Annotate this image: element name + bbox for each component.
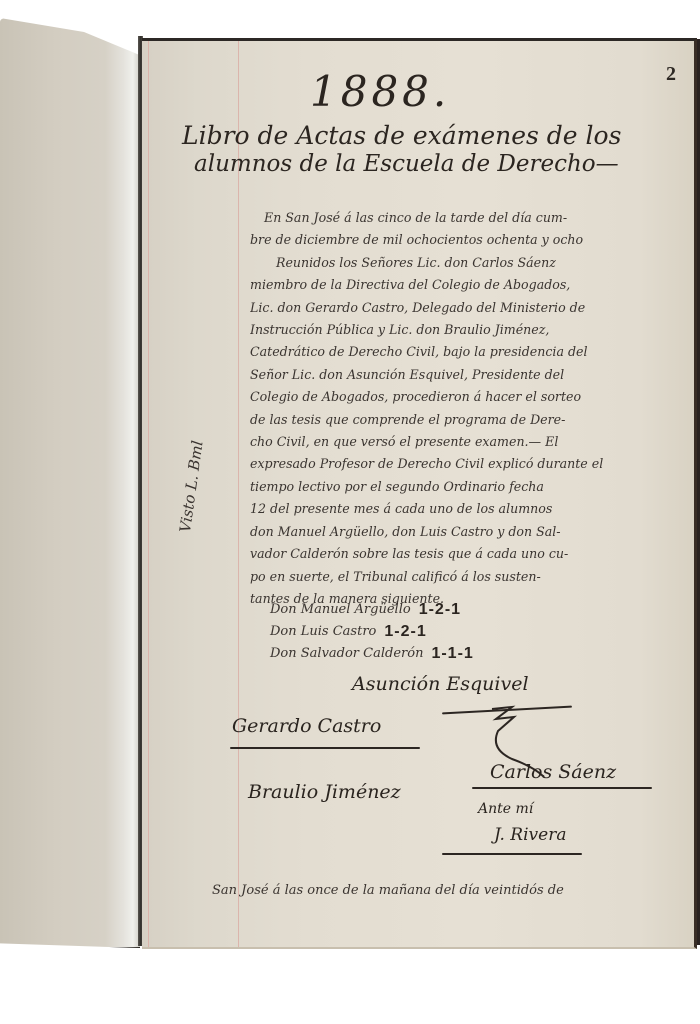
student-score: 1-1-1 — [431, 643, 473, 665]
signature-underline — [472, 787, 652, 789]
body-line: Colegio de Abogados, procedieron á hacer… — [250, 386, 690, 408]
body-line: tiempo lectivo por el segundo Ordinario … — [250, 476, 690, 498]
left-blank-page — [0, 18, 140, 948]
student-score: 1-2-1 — [419, 599, 461, 621]
notary-label: Ante mí — [478, 801, 533, 817]
grade-row: Don Luis Castro 1-2-1 — [270, 621, 474, 643]
grade-row: Don Salvador Calderón 1-1-1 — [270, 643, 474, 665]
open-ledger-book: 2 1888. Libro de Actas de exámenes de lo… — [0, 0, 700, 1024]
student-name: Don Manuel Argüello — [270, 599, 411, 621]
body-line: Reunidos los Señores Lic. don Carlos Sáe… — [250, 252, 690, 274]
signature-carlos-saenz: Carlos Sáenz — [490, 761, 616, 783]
page-number: 2 — [666, 63, 676, 86]
body-line: Instrucción Pública y Lic. don Braulio J… — [250, 319, 690, 341]
student-name: Don Luis Castro — [270, 621, 376, 643]
signature-braulio-jimenez: Braulio Jiménez — [248, 781, 401, 803]
body-line: don Manuel Argüello, don Luis Castro y d… — [250, 521, 690, 543]
body-line: 12 del presente mes á cada uno de los al… — [250, 498, 690, 520]
body-line: cho Civil, en que versó el presente exam… — [250, 431, 690, 453]
document-year: 1888. — [310, 67, 450, 116]
body-line: vador Calderón sobre las tesis que á cad… — [250, 543, 690, 565]
body-line: miembro de la Directiva del Colegio de A… — [250, 274, 690, 296]
signature-underline — [442, 853, 582, 855]
grade-row: Don Manuel Argüello 1-2-1 — [270, 599, 474, 621]
margin-rule-outer — [148, 41, 149, 947]
grades-list: Don Manuel Argüello 1-2-1 Don Luis Castr… — [270, 599, 474, 665]
body-line: Señor Lic. don Asunción Esquivel, Presid… — [250, 364, 690, 386]
student-score: 1-2-1 — [384, 621, 426, 643]
signature-underline — [230, 747, 420, 749]
document-title-line-1: Libro de Actas de exámenes de los — [182, 121, 621, 150]
minutes-body: En San José á las cinco de la tarde del … — [250, 207, 690, 610]
right-written-page: 2 1888. Libro de Actas de exámenes de lo… — [142, 38, 697, 949]
margin-annotation: Visto L. Bml — [176, 439, 207, 533]
signature-asuncion-esquivel: Asunción Esquivel — [352, 673, 529, 695]
body-line: bre de diciembre de mil ochocientos oche… — [250, 229, 690, 251]
next-entry-first-line: San José á las once de la mañana del día… — [212, 883, 564, 898]
signature-notary: J. Rivera — [494, 825, 566, 845]
body-line: En San José á las cinco de la tarde del … — [250, 207, 690, 229]
body-line: po en suerte, el Tribunal calificó á los… — [250, 566, 690, 588]
body-line: expresado Profesor de Derecho Civil expl… — [250, 453, 690, 475]
student-name: Don Salvador Calderón — [270, 643, 423, 665]
body-line: Catedrático de Derecho Civil, bajo la pr… — [250, 341, 690, 363]
body-line: Lic. don Gerardo Castro, Delegado del Mi… — [250, 297, 690, 319]
document-title-line-2: alumnos de la Escuela de Derecho— — [194, 151, 619, 177]
signature-gerardo-castro: Gerardo Castro — [232, 715, 381, 737]
body-line: de las tesis que comprende el programa d… — [250, 409, 690, 431]
